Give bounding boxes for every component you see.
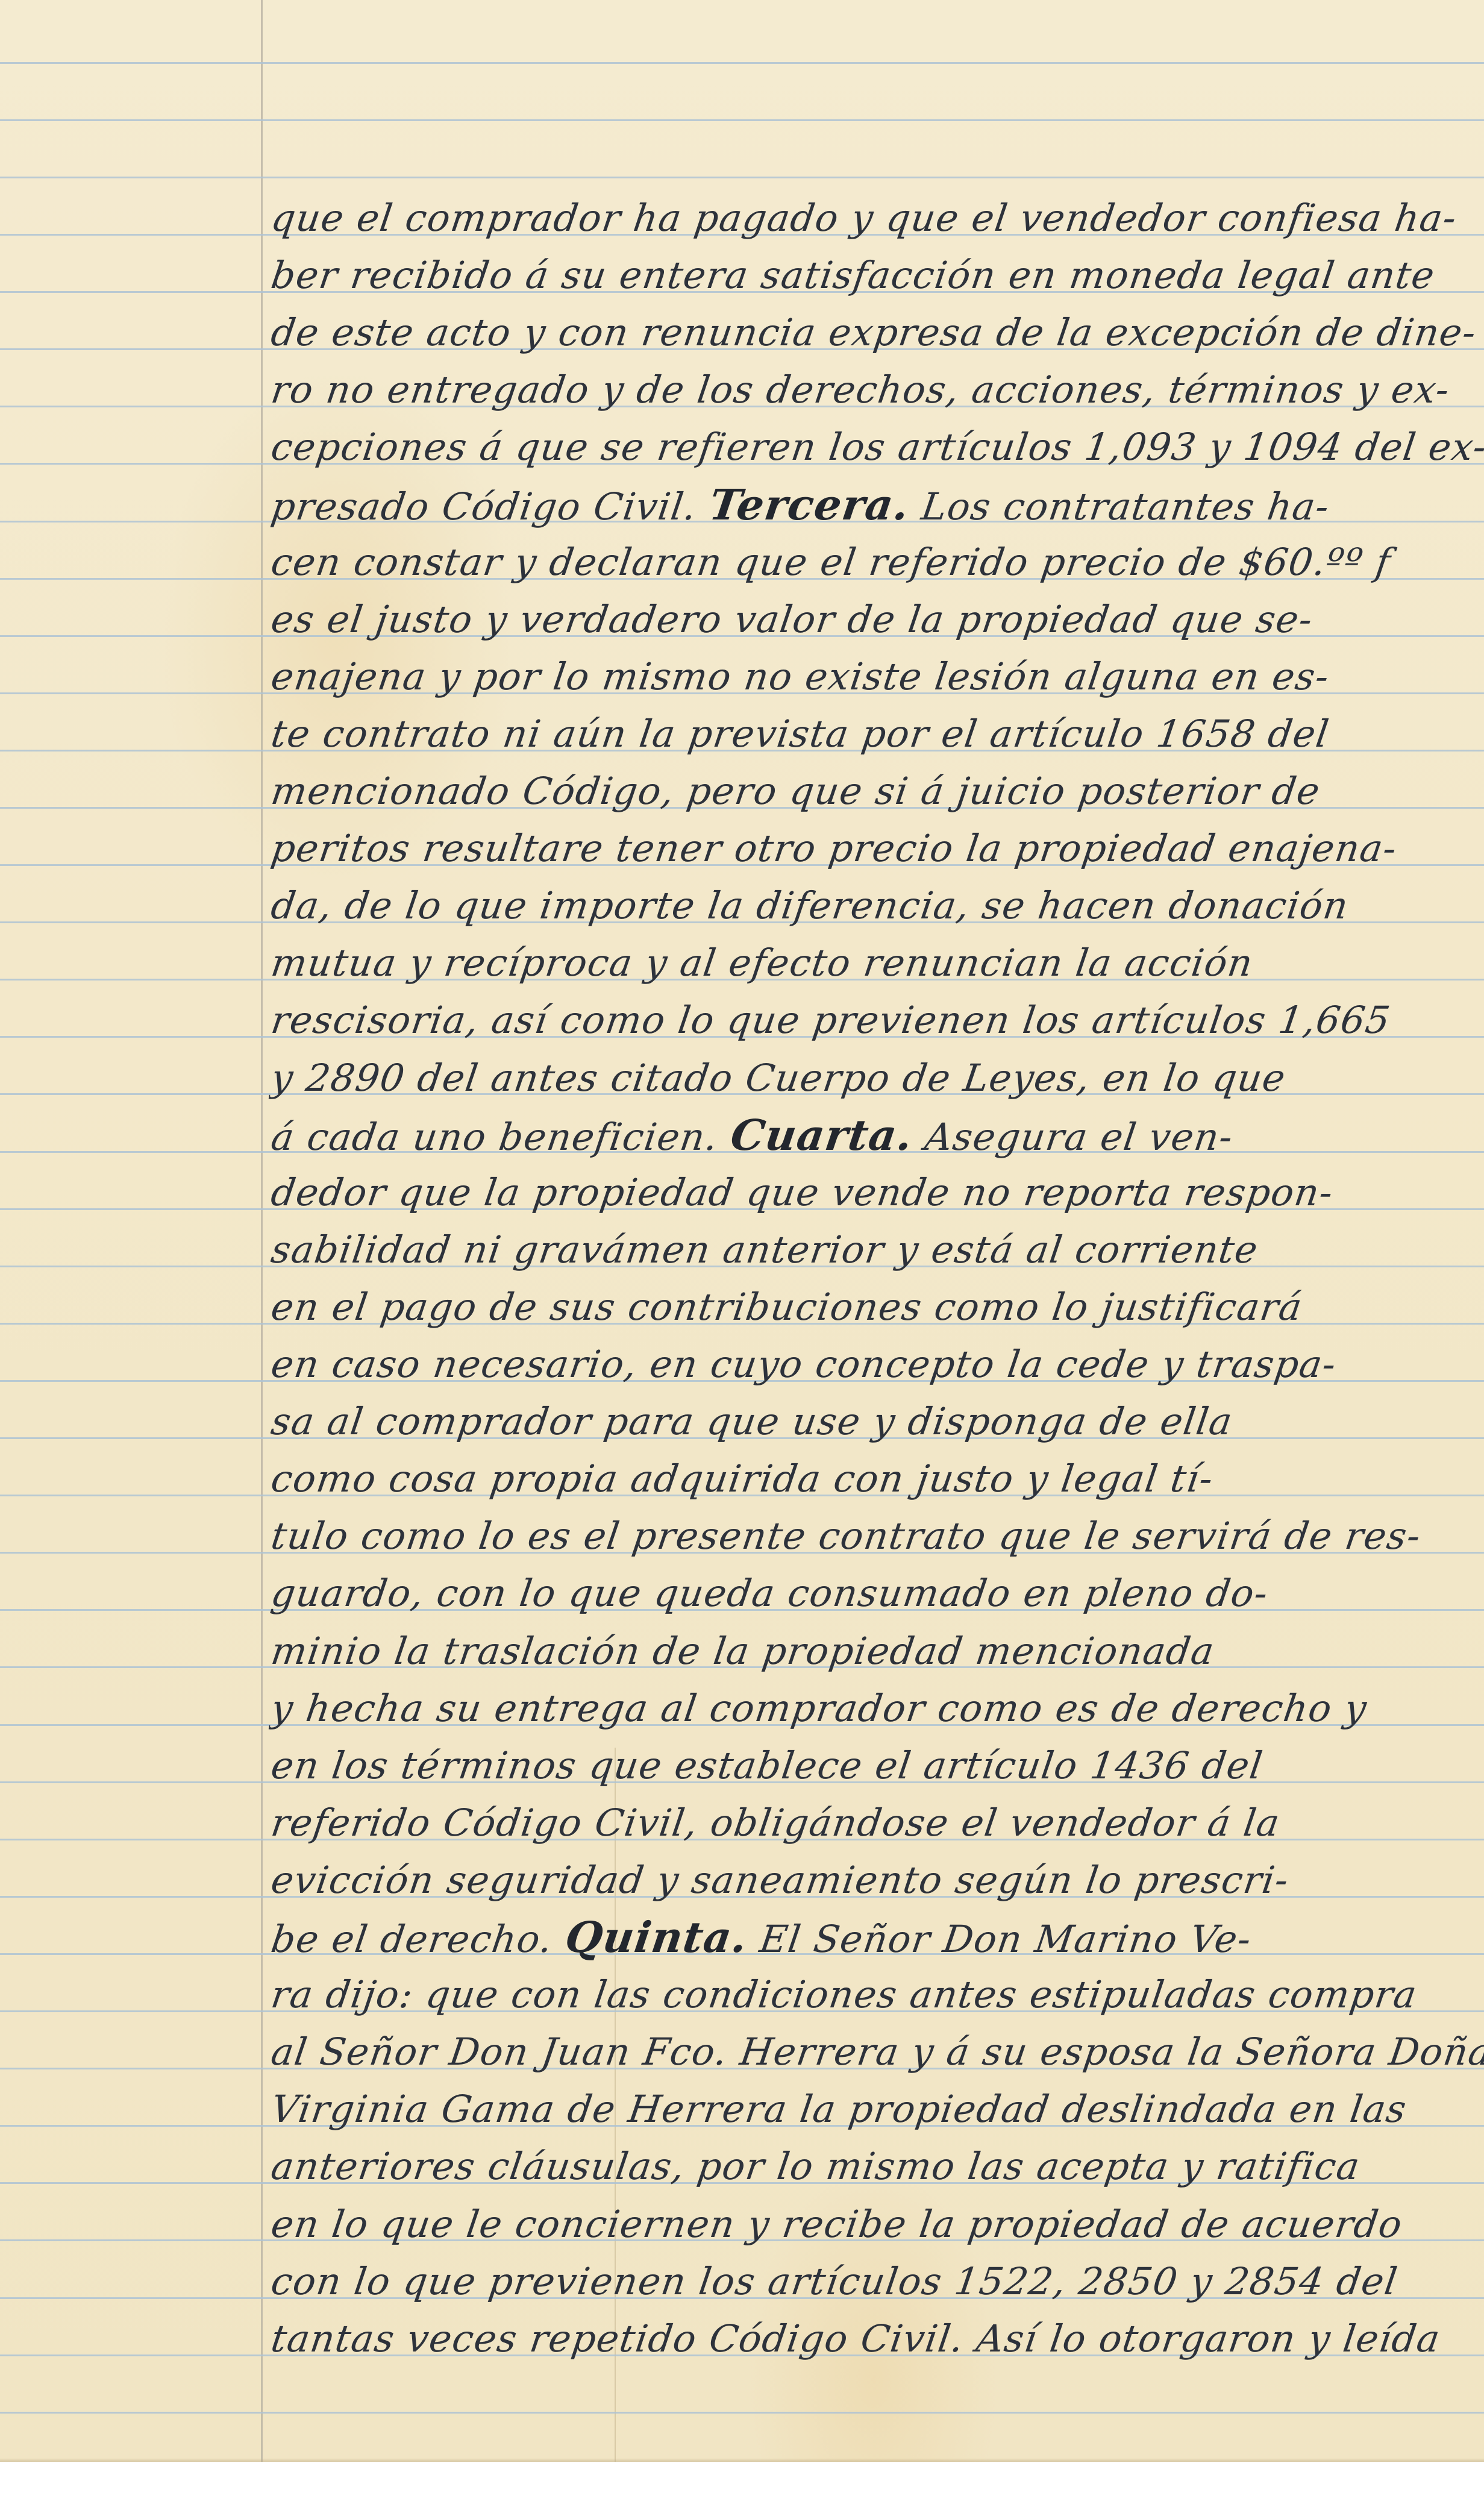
document-page: que el comprador ha pagado y que el vend… [0,0,1484,2462]
line-text: sa al comprador para que use y disponga … [269,1399,1236,1443]
handwritten-line: mutua y recíproca y al efecto renuncian … [268,939,1484,987]
handwritten-line: da, de lo que importe la diferencia, se … [268,882,1484,930]
line-text: en los términos que establece el artícul… [269,1743,1266,1787]
line-text: mencionado Código, pero que si á juicio … [269,769,1324,813]
line-text: con lo que previenen los artículos 1522,… [269,2259,1401,2303]
handwritten-line: en lo que le conciernen y recibe la prop… [268,2200,1484,2248]
handwritten-line: que el comprador ha pagado y que el vend… [268,194,1484,242]
handwritten-line: dedor que la propiedad que vende no repo… [268,1169,1484,1217]
handwritten-line: cen constar y declaran que el referido p… [268,538,1484,586]
clause-heading: Cuarta. [728,1111,916,1160]
line-text: guardo, con lo que queda consumado en pl… [269,1571,1271,1615]
line-text: enajena y por lo mismo no existe lesión … [269,654,1333,698]
handwritten-line: al Señor Don Juan Fco. Herrera y á su es… [268,2028,1484,2076]
handwritten-line: es el justo y verdadero valor de la prop… [268,595,1484,644]
ruled-line [0,119,1484,121]
line-text: minio la traslación de la propiedad menc… [269,1629,1218,1673]
handwritten-line: con lo que previenen los artículos 1522,… [268,2257,1484,2306]
line-text: anteriores cláusulas, por lo mismo las a… [269,2144,1363,2188]
handwritten-line: tantas veces repetido Código Civil. Así … [268,2315,1484,2363]
line-text: Asegura el ven- [909,1115,1236,1159]
handwritten-line: tulo como lo es el presente contrato que… [268,1512,1484,1560]
line-text: Virginia Gama de Herrera la propiedad de… [269,2087,1410,2131]
handwritten-line: de este acto y con renuncia expresa de l… [268,309,1484,357]
line-text: de este acto y con renuncia expresa de l… [269,310,1480,354]
line-text: da, de lo que importe la diferencia, se … [269,883,1352,927]
handwritten-line: mencionado Código, pero que si á juicio … [268,767,1484,815]
line-text: en caso necesario, en cuyo concepto la c… [269,1342,1339,1386]
handwritten-line: y 2890 del antes citado Cuerpo de Leyes,… [268,1054,1484,1102]
handwritten-line: minio la traslación de la propiedad menc… [268,1627,1484,1675]
line-text: ra dijo: que con las condiciones antes e… [269,1972,1420,2016]
handwritten-line: en el pago de sus contribuciones como lo… [268,1283,1484,1331]
handwritten-line: rescisoria, así como lo que previenen lo… [268,996,1484,1044]
handwritten-line: en los términos que establece el artícul… [268,1742,1484,1790]
line-text: sabilidad ni gravámen anterior y está al… [269,1228,1261,1272]
line-text: rescisoria, así como lo que previenen lo… [269,998,1394,1042]
line-text: en lo que le conciernen y recibe la prop… [269,2202,1406,2246]
line-text: te contrato ni aún la prevista por el ar… [269,712,1332,756]
line-text: referido Código Civil, obligándose el ve… [269,1801,1283,1845]
handwritten-line: sa al comprador para que use y disponga … [268,1398,1484,1446]
ruled-line [0,62,1484,64]
handwritten-line: enajena y por lo mismo no existe lesión … [268,653,1484,701]
line-text: que el comprador ha pagado y que el vend… [269,196,1460,240]
handwritten-line: ber recibido á su entera satisfacción en… [268,251,1484,300]
handwritten-line: evicción seguridad y saneamiento según l… [268,1856,1484,1904]
line-text: cepciones á que se refieren los artículo… [269,425,1484,469]
line-text: tantas veces repetido Código Civil. Así … [269,2317,1444,2361]
line-text: á cada uno beneficien. [269,1115,734,1159]
handwritten-line: anteriores cláusulas, por lo mismo las a… [268,2142,1484,2191]
handwritten-line: guardo, con lo que queda consumado en pl… [268,1569,1484,1617]
line-text: presado Código Civil. [269,485,713,529]
line-text: El Señor Don Marino Ve- [744,1917,1254,1961]
handwritten-line: ro no entregado y de los derechos, accio… [268,366,1484,414]
line-text: al Señor Don Juan Fco. Herrera y á su es… [269,2030,1484,2074]
handwritten-line: sabilidad ni gravámen anterior y está al… [268,1226,1484,1274]
ruled-line [0,177,1484,178]
line-text: y 2890 del antes citado Cuerpo de Leyes,… [269,1056,1289,1100]
handwritten-line: como cosa propia adquirida con justo y l… [268,1455,1484,1503]
line-text: dedor que la propiedad que vende no repo… [269,1170,1336,1214]
line-text: ber recibido á su entera satisfacción en… [269,253,1438,297]
line-text: y hecha su entrega al comprador como es … [269,1686,1370,1730]
ruled-line [0,2412,1484,2414]
handwritten-line: te contrato ni aún la prevista por el ar… [268,710,1484,758]
line-text: tulo como lo es el presente contrato que… [269,1514,1424,1558]
handwritten-line: peritos resultare tener otro precio la p… [268,824,1484,873]
handwritten-line: referido Código Civil, obligándose el ve… [268,1799,1484,1847]
line-text: cen constar y declaran que el referido p… [269,540,1394,584]
line-text: como cosa propia adquirida con justo y l… [269,1457,1216,1501]
line-text: Los contratantes ha- [906,485,1333,529]
line-text: mutua y recíproca y al efecto renuncian … [269,941,1256,985]
line-text: evicción seguridad y saneamiento según l… [269,1858,1292,1902]
handwritten-line: Virginia Gama de Herrera la propiedad de… [268,2085,1484,2133]
handwritten-line: be el derecho. Quinta. El Señor Don Mari… [268,1913,1484,1963]
handwritten-line: y hecha su entrega al comprador como es … [268,1684,1484,1733]
margin-line [261,0,263,2462]
line-text: ro no entregado y de los derechos, accio… [269,368,1453,412]
handwritten-line: á cada uno beneficien. Cuarta. Asegura e… [268,1111,1484,1161]
handwritten-line: ra dijo: que con las condiciones antes e… [268,1971,1484,2019]
clause-heading: Tercera. [706,481,913,530]
line-text: en el pago de sus contribuciones como lo… [269,1285,1306,1329]
handwritten-line: presado Código Civil. Tercera. Los contr… [268,481,1484,531]
handwritten-line: cepciones á que se refieren los artículo… [268,423,1484,471]
handwritten-line: en caso necesario, en cuyo concepto la c… [268,1340,1484,1388]
line-text: peritos resultare tener otro precio la p… [269,826,1400,870]
line-text: be el derecho. [269,1917,569,1961]
line-text: es el justo y verdadero valor de la prop… [269,597,1316,641]
clause-heading: Quinta. [562,1913,751,1962]
